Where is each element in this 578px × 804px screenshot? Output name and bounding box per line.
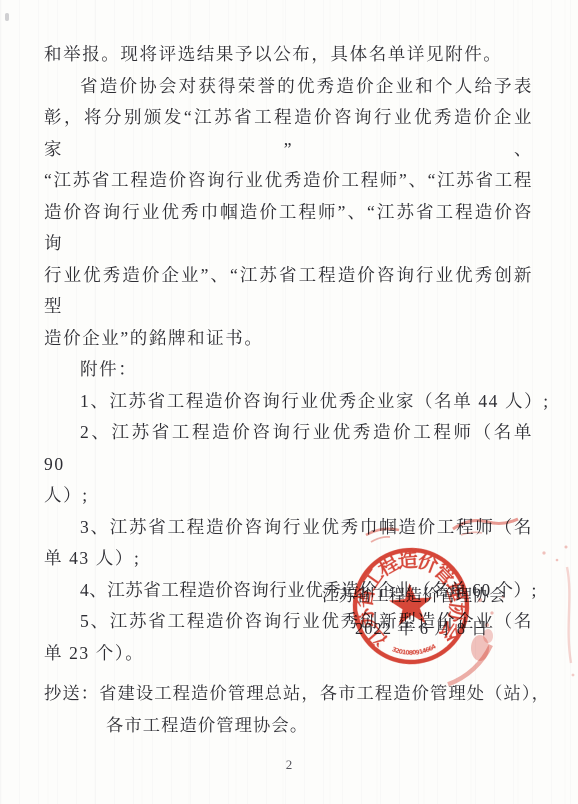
smudge-dot [565, 546, 568, 549]
body-line: 1、江苏省工程造价咨询行业优秀企业家（名单 44 人）; [44, 386, 533, 418]
body-line: 人）; [44, 480, 533, 512]
body-line: 和举报。现将评选结果予以公布，具体名单详见附件。 [44, 39, 533, 71]
body-line: 彰，将分别颁发“江苏省工程造价咨询行业优秀造价企业家”、 [44, 102, 533, 165]
scan-speck [5, 13, 9, 21]
body-line: 造价企业”的銘牌和证书。 [44, 323, 533, 355]
body-line: “江苏省工程造价咨询行业优秀造价工程师”、“江苏省工程 [44, 165, 533, 197]
smudge-mark [567, 567, 571, 663]
cc-line-2: 各市工程造价管理协会。 [106, 711, 308, 736]
body-line: 造价咨询行业优秀巾帼造价工程师”、“江苏省工程造价咨询 [44, 197, 533, 260]
seal-serial-number: 3201080914664 [390, 643, 437, 658]
body-line: 行业优秀造价企业”、“江苏省工程造价咨询行业优秀创新型 [44, 260, 533, 323]
document-page: 和举报。现将评选结果予以公布，具体名单详见附件。省造价协会对获得荣誉的优秀造价企… [0, 0, 578, 804]
official-seal: 江苏省工程造价管理协会 3201080914664 [336, 531, 485, 680]
body-line: 附件： [44, 354, 533, 386]
smudge-dot [542, 551, 545, 554]
smudge-dot [556, 559, 559, 562]
smudge-dot [572, 674, 575, 677]
body-line: 2、江苏省工程造价咨询行业优秀造价工程师（名单 90 [44, 417, 533, 480]
star-icon [388, 582, 434, 626]
body-line: 省造价协会对获得荣誉的优秀造价企业和个人给予表 [44, 71, 533, 103]
page-number: 2 [0, 757, 578, 773]
cc-line-1: 抄送：省建设工程造价管理总站，各市工程造价管理处（站）， [44, 679, 554, 704]
